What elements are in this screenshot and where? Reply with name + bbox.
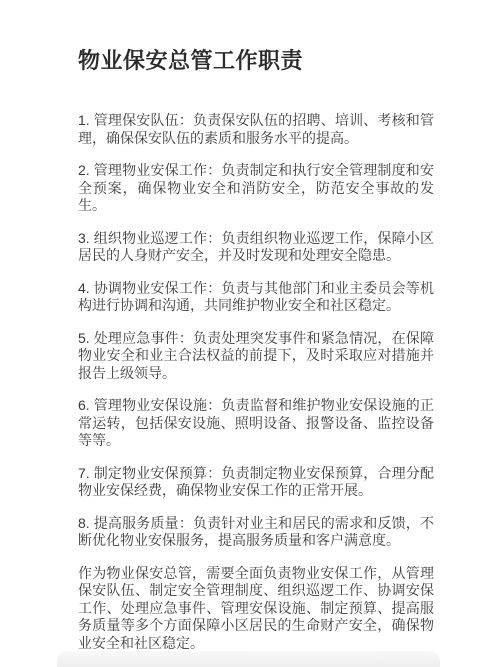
next-card-preview bbox=[57, 651, 440, 667]
page-title: 物业保安总管工作职责 bbox=[78, 46, 434, 76]
duty-item-8: 8. 提高服务质量：负责针对业主和居民的需求和反馈，不断优化物业安保服务，提高服… bbox=[78, 515, 434, 550]
duty-item-2: 2. 管理物业安保工作：负责制定和执行安全管理制度和安全预案，确保物业安全和消防… bbox=[78, 162, 434, 215]
summary-paragraph: 作为物业保安总管，需要全面负责物业安保工作，从管理保安队伍、制定安全管理制度、组… bbox=[78, 565, 434, 653]
duty-item-3: 3. 组织物业巡逻工作：负责组织物业巡逻工作，保障小区居民的人身财产安全，并及时… bbox=[78, 230, 434, 265]
duty-item-5: 5. 处理应急事件：负责处理突发事件和紧急情况，在保障物业安全和业主合法权益的前… bbox=[78, 330, 434, 383]
document-content: 物业保安总管工作职责 1. 管理保安队伍：负责保安队伍的招聘、培训、考核和管理，… bbox=[78, 46, 434, 652]
document-page: 物业保安总管工作职责 1. 管理保安队伍：负责保安队伍的招聘、培训、考核和管理，… bbox=[0, 0, 500, 667]
duty-item-4: 4. 协调物业安保工作：负责与其他部门和业主委员会等机构进行协调和沟通，共同维护… bbox=[78, 280, 434, 315]
duty-item-7: 7. 制定物业安保预算：负责制定物业安保预算，合理分配物业安保经费，确保物业安保… bbox=[78, 465, 434, 500]
duty-item-1: 1. 管理保安队伍：负责保安队伍的招聘、培训、考核和管理，确保保安队伍的素质和服… bbox=[78, 112, 434, 147]
duty-item-6: 6. 管理物业安保设施：负责监督和维护物业安保设施的正常运转，包括保安设施、照明… bbox=[78, 397, 434, 450]
